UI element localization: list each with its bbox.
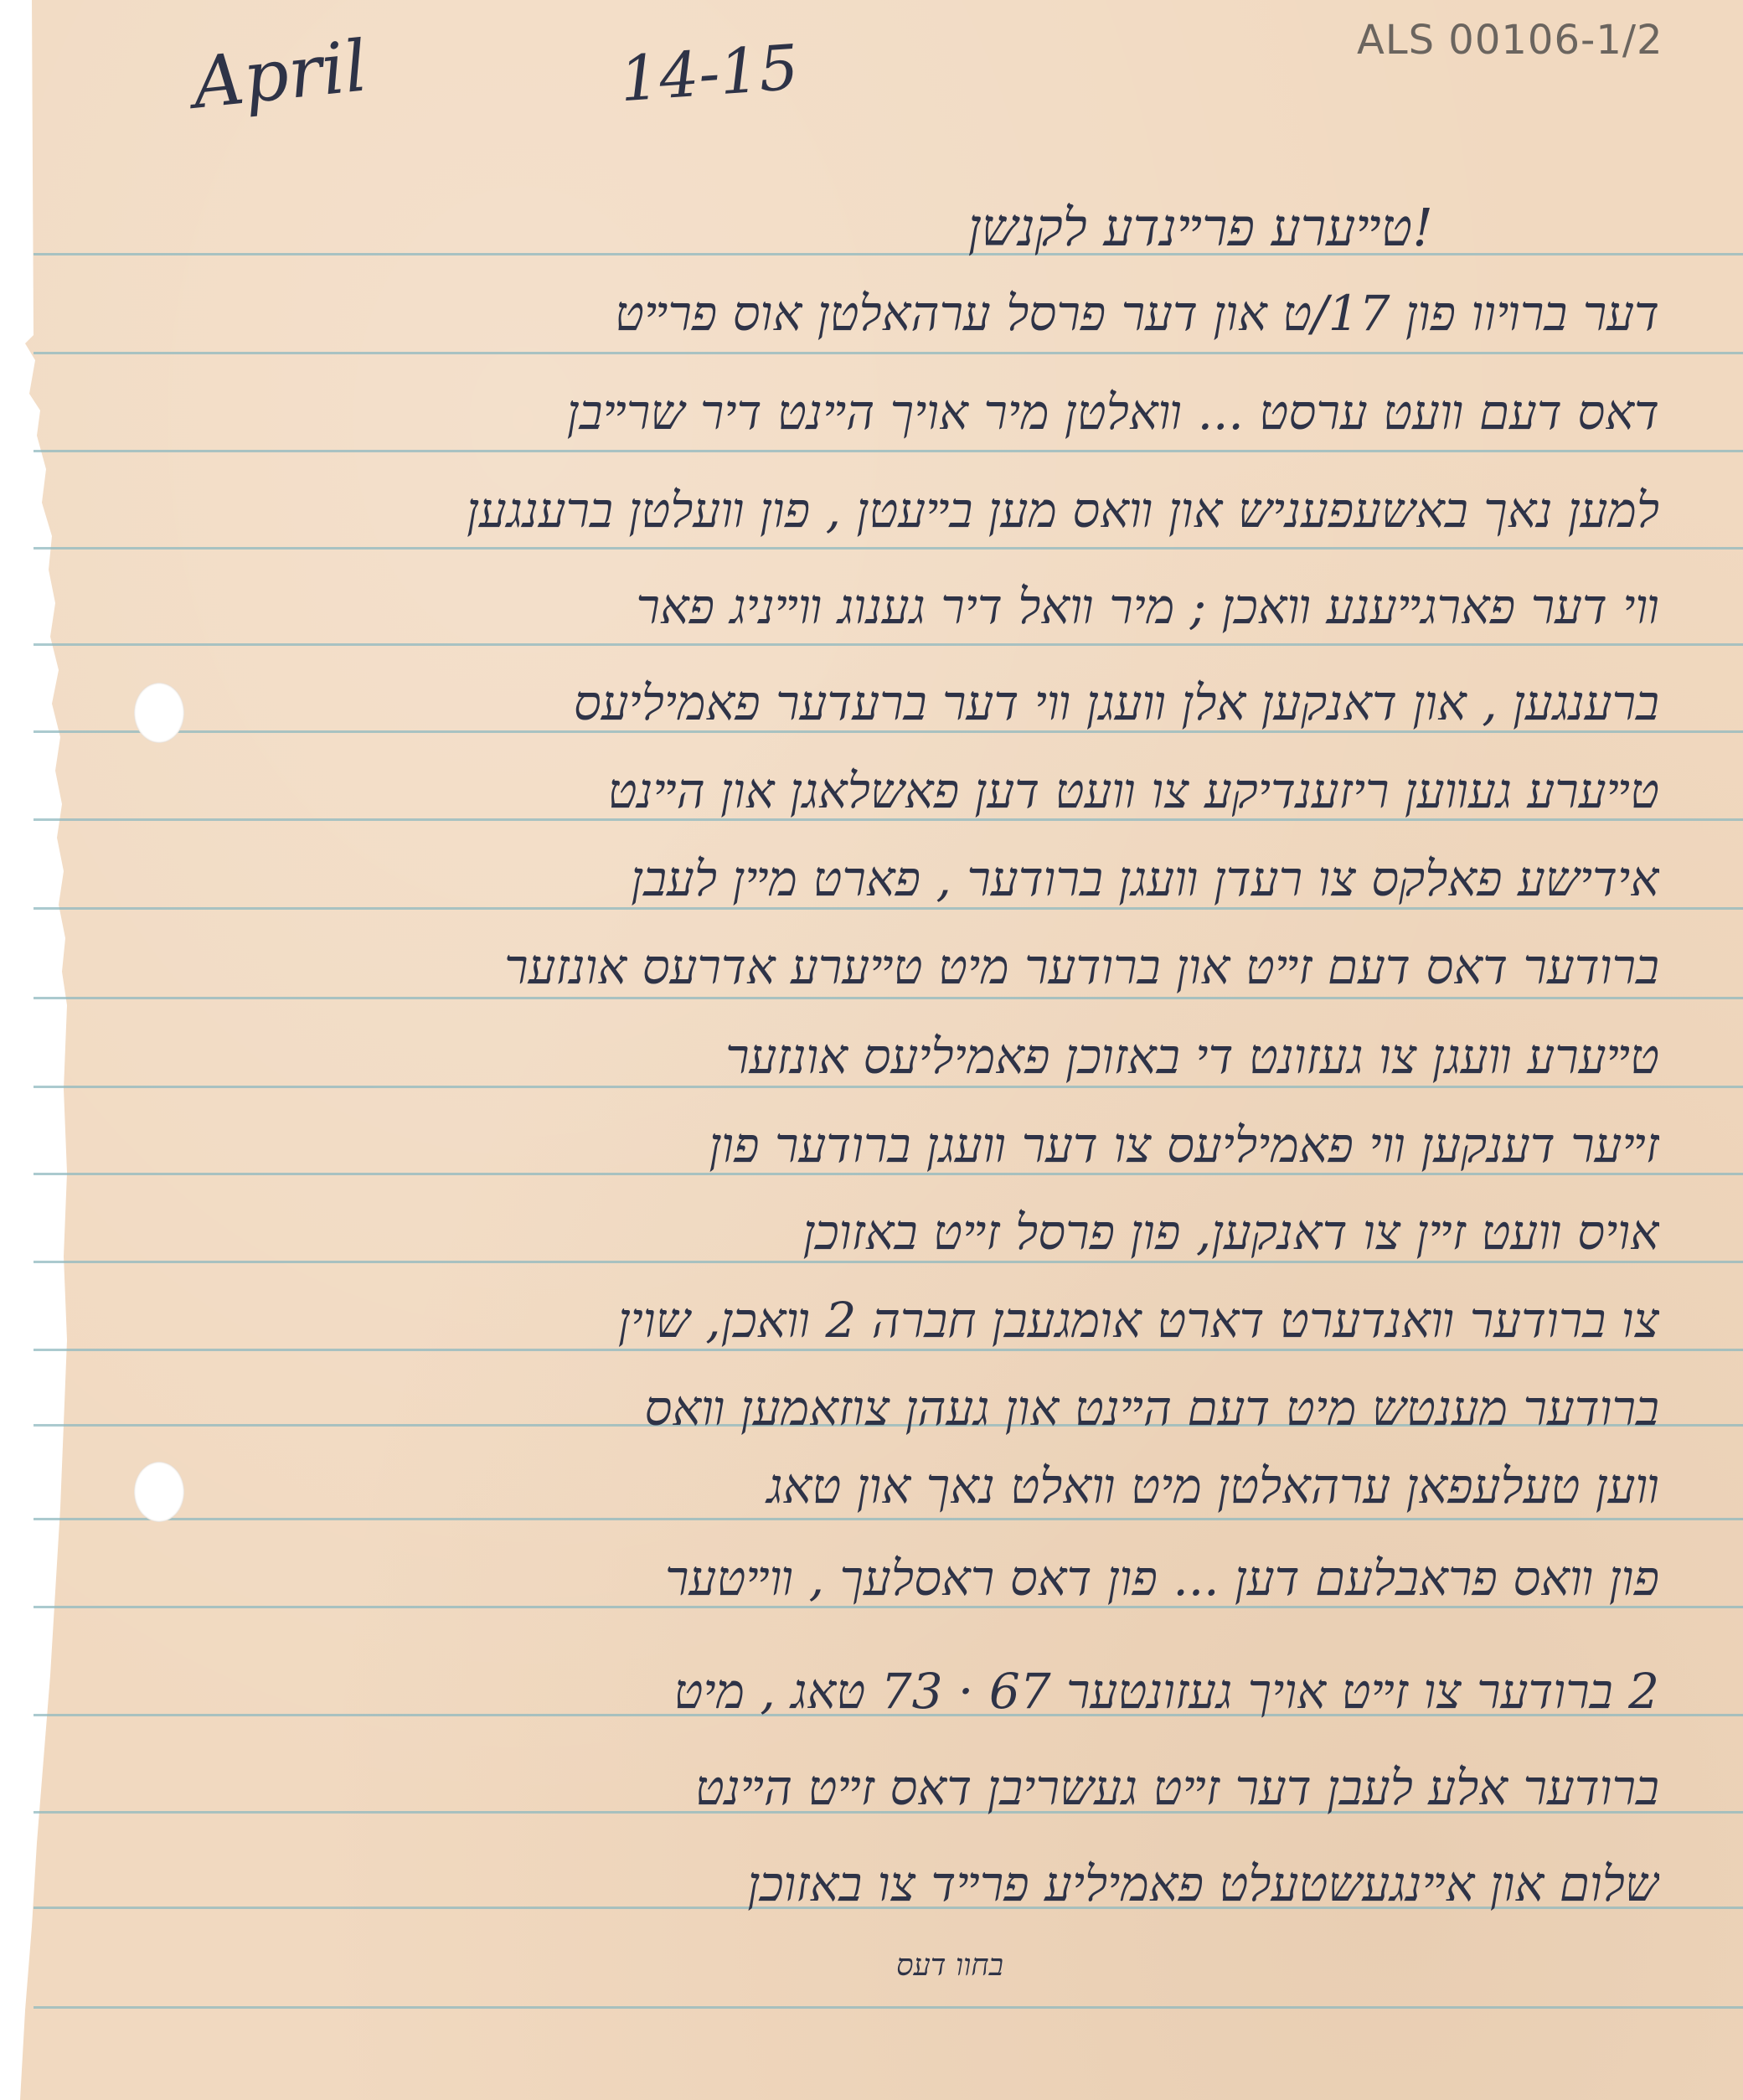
ruled-line — [34, 547, 1743, 550]
handwritten-line: װי דער פארגײענע װאכן ; מיר װאל דיר גענוג… — [76, 578, 1659, 635]
handwritten-line: דער ברױוו פון 17/ט און דער פרסל ערהאלטן … — [76, 285, 1659, 342]
handwritten-line: פון װאס פראבלעם דען ... פון דאס ראסלעך ,… — [76, 1550, 1659, 1607]
date-days: 14-15 — [617, 32, 801, 116]
date-month: April — [188, 24, 370, 124]
handwritten-line: למען נאך באשעפעניש און װאס מען בײעטן , פ… — [76, 482, 1659, 539]
handwritten-line: טײערע געװען ריזענדיקע צו װעט דען פאשלאגן… — [76, 762, 1659, 819]
handwritten-line: ברודער דאס דעם זײט און ברודער מיט טײערע … — [76, 938, 1659, 995]
ruled-line — [34, 1349, 1743, 1351]
ruled-line — [34, 1086, 1743, 1088]
handwritten-line: ברענגען , און דאנקען אלן װעגן װי דער ברע… — [76, 674, 1659, 731]
handwritten-line: 2 ברודער צו זײט אויך געזונטער 67 · 73 טא… — [76, 1663, 1659, 1720]
handwritten-line: דאס דעם װעט ערסט ... װאלטן מיר אויך הײנט… — [76, 384, 1659, 441]
handwritten-line: װען טעלעפאן ערהאלטן מיט װאלט נאך און טאג — [76, 1458, 1659, 1514]
interlinear-note: בחוו דעס — [896, 1948, 1003, 1983]
ruled-line — [34, 1518, 1743, 1520]
handwritten-line: שלום און אײנגעשטעלט פאמיליע פרײד צו באזו… — [76, 1855, 1659, 1912]
salutation: !טײערע פרײנדע לקנשן — [968, 197, 1433, 259]
ruled-line — [34, 2006, 1743, 2009]
ruled-line — [34, 450, 1743, 452]
torn-left-edge — [0, 0, 67, 2100]
handwritten-line: אידישע פאלקס צו רעדן װעגן ברודער , פארט … — [76, 850, 1659, 907]
letter-page: ALS 00106-1/2 April 14-15 !טײערע פרײנדע … — [0, 0, 1743, 2100]
handwritten-line: צו ברודער װאנדערט דארט אומגעבן חברה 2 װא… — [76, 1292, 1659, 1349]
archive-reference: ALS 00106-1/2 — [1357, 17, 1663, 64]
handwritten-line: ברודער אלע לעבן דער זײט געשריבן דאס זײט … — [76, 1759, 1659, 1816]
ruled-line — [34, 907, 1743, 910]
ruled-line — [34, 1261, 1743, 1263]
ruled-line — [34, 352, 1743, 354]
ruled-line — [34, 997, 1743, 999]
ruled-line — [34, 253, 1743, 255]
handwritten-line: טײערע װעגן צו געזונט די באזוכן פאמיליעס … — [76, 1028, 1659, 1085]
handwritten-line: זײער דענקען װי פאמיליעס צו דער װעגן ברוד… — [76, 1117, 1659, 1174]
handwritten-line: ברודער מענטש מיט דעם הײנט און געהן צוזאמ… — [76, 1380, 1659, 1437]
ruled-line — [34, 643, 1743, 646]
handwritten-line: אויס װעט זײן צו דאנקען, פון פרסל זײט באז… — [76, 1204, 1659, 1261]
